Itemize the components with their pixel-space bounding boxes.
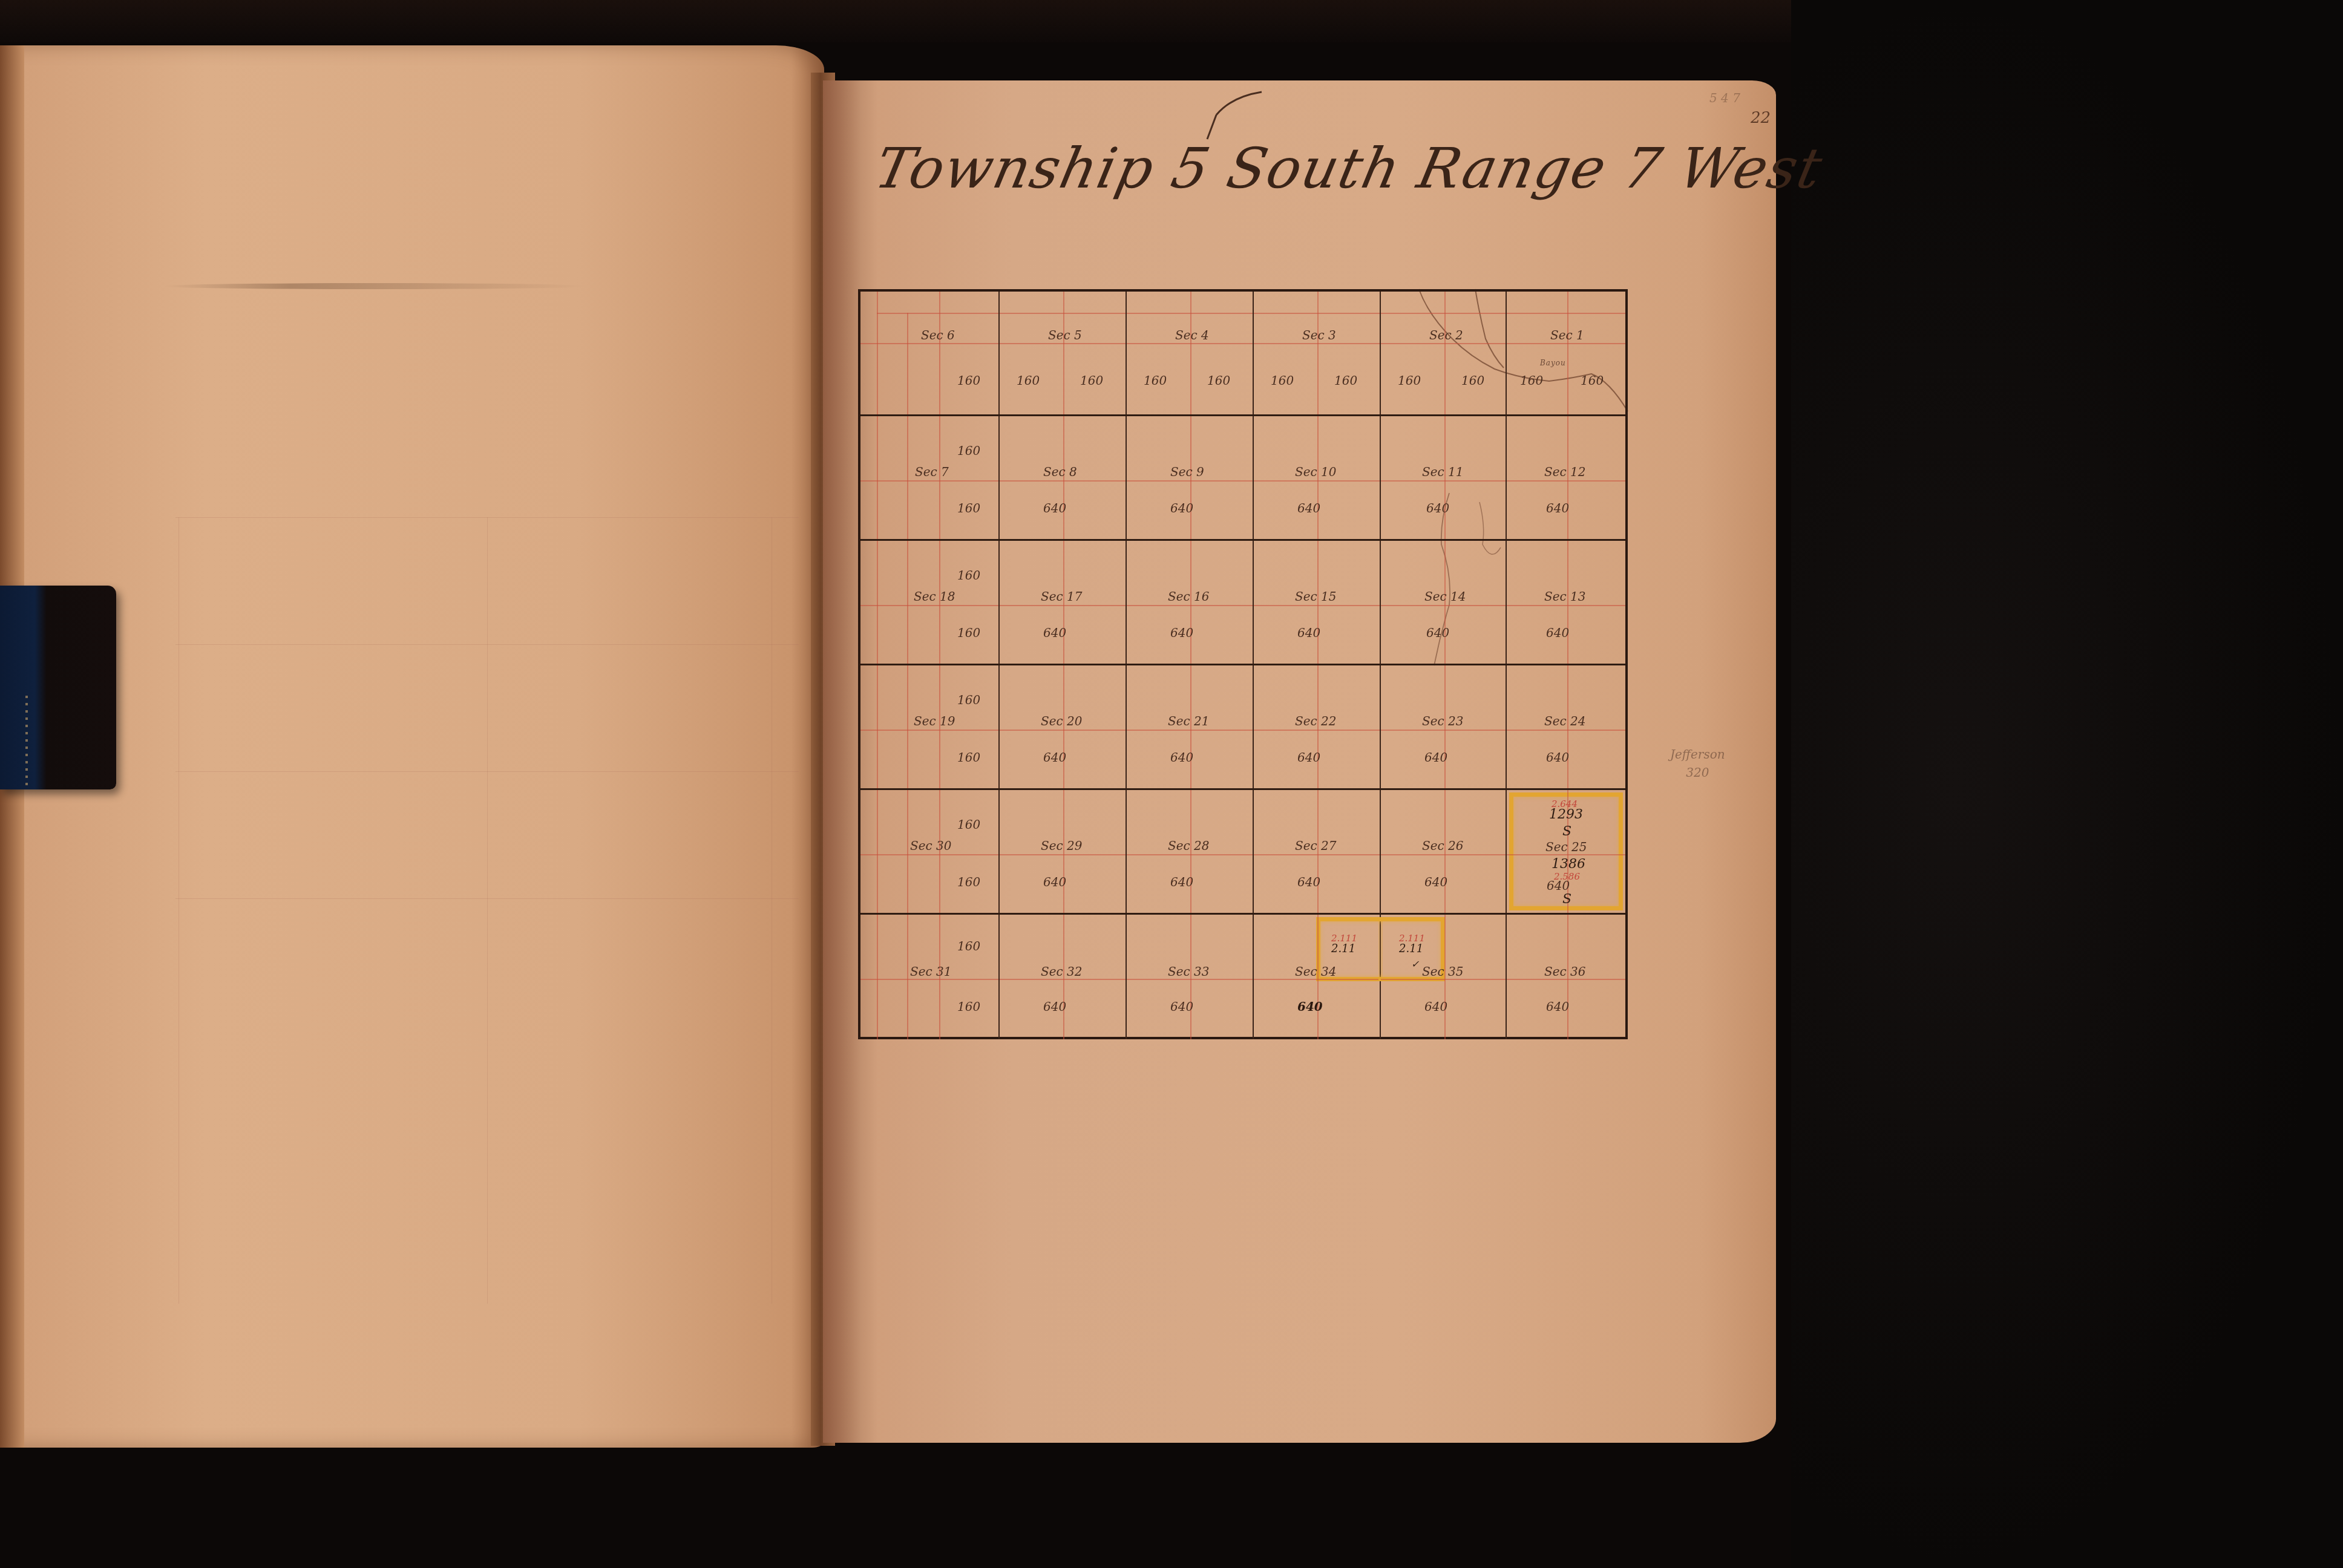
section-cell-24[interactable]: Sec 24 640	[1507, 665, 1625, 788]
acreage: 160	[957, 443, 980, 458]
acreage: 640	[1297, 875, 1320, 889]
acreage: 160	[1017, 373, 1040, 388]
quarter-ruling	[1000, 313, 1126, 314]
fractional-ruling	[907, 416, 908, 539]
quarter-ruling	[1381, 313, 1506, 314]
left-page-blank	[0, 45, 824, 1448]
quarter-ruling	[1254, 480, 1380, 482]
section-cell-16[interactable]: Sec 16 640	[1127, 541, 1254, 664]
section-label: Sec 11	[1422, 465, 1464, 479]
section-label: Sec 12	[1544, 465, 1586, 479]
section-cell-18[interactable]: 160 Sec 18 160	[860, 541, 1000, 664]
section-label: Sec 35	[1422, 964, 1464, 979]
quarter-ruling	[1000, 605, 1126, 606]
section-label: Sec 2	[1429, 328, 1463, 342]
quarter-ruling	[1190, 292, 1191, 414]
section-cell-9[interactable]: Sec 9 640	[1127, 416, 1254, 539]
quarter-ruling	[1254, 854, 1380, 855]
section-label: Sec 26	[1422, 838, 1464, 853]
section-label: Sec 28	[1168, 838, 1210, 853]
quarter-ruling	[1317, 292, 1319, 414]
section-cell-6[interactable]: Sec 6 160	[860, 292, 1000, 414]
quarter-ruling	[1381, 343, 1506, 344]
quarter-ruling	[1381, 730, 1506, 731]
acreage: 160	[1334, 373, 1357, 388]
acreage: 160	[957, 693, 980, 707]
section-label: Sec 30	[910, 838, 952, 853]
acreage: 160	[957, 939, 980, 953]
section-label: Sec 32	[1041, 964, 1083, 979]
quarter-ruling	[1254, 730, 1380, 731]
acreage: 160	[957, 875, 980, 889]
quarter-ruling	[939, 292, 940, 414]
section-cell-8[interactable]: Sec 8 640	[1000, 416, 1127, 539]
acreage: 640	[1170, 501, 1193, 515]
section-cell-30[interactable]: 160 Sec 30 160	[860, 790, 1000, 913]
section-label: Sec 33	[1168, 964, 1210, 979]
quarter-ruling	[1507, 343, 1625, 344]
grid-row-6: 160 Sec 31 160 Sec 32 640 Sec 33 640 2.1…	[860, 915, 1625, 1039]
section-label: Sec 19	[914, 714, 955, 728]
section-label: Sec 9	[1170, 465, 1204, 479]
section-label: Sec 16	[1168, 589, 1210, 604]
acreage: 160	[1581, 373, 1604, 388]
ink-annotation: 2.11	[1331, 942, 1355, 955]
acreage: 640	[1547, 878, 1570, 893]
section-cell-15[interactable]: Sec 15 640	[1254, 541, 1381, 664]
section-label: Sec 3	[1302, 328, 1336, 342]
acreage: 640	[1297, 999, 1323, 1014]
quarter-ruling	[1000, 854, 1126, 855]
fractional-ruling	[877, 416, 878, 539]
grid-row-1: Sec 6 160 Sec 5 160 160 Sec 4 160 160 Se…	[860, 292, 1625, 416]
left-page-faint-ruling	[772, 517, 772, 1304]
section-label: Sec 6	[921, 328, 955, 342]
quarter-ruling	[860, 480, 998, 482]
acreage: 640	[1043, 501, 1066, 515]
grid-row-4: 160 Sec 19 160 Sec 20 640 Sec 21 640 Sec…	[860, 665, 1625, 790]
ink-annotation: 1293	[1549, 807, 1583, 822]
fractional-ruling	[877, 790, 878, 913]
quarter-ruling	[860, 605, 998, 606]
section-cell-11[interactable]: Sec 11 640	[1381, 416, 1507, 539]
acreage: 640	[1043, 999, 1066, 1014]
acreage: 640	[1546, 501, 1569, 515]
ink-annotation: 1386	[1552, 857, 1585, 872]
section-cell-28[interactable]: Sec 28 640	[1127, 790, 1254, 913]
acreage: 640	[1546, 750, 1569, 765]
section-cell-19[interactable]: 160 Sec 19 160	[860, 665, 1000, 788]
section-label: Sec 10	[1295, 465, 1337, 479]
section-cell-22[interactable]: Sec 22 640	[1254, 665, 1381, 788]
quarter-ruling	[1507, 480, 1625, 482]
section-cell-3[interactable]: Sec 3 160 160	[1254, 292, 1381, 414]
left-page-smudge	[163, 283, 587, 289]
acreage: 640	[1297, 750, 1320, 765]
section-cell-25[interactable]: 2.644 1293 S Sec 25 1386 2.586 640 S	[1507, 790, 1625, 913]
section-label: Sec 4	[1175, 328, 1209, 342]
section-label: Sec 22	[1295, 714, 1337, 728]
section-label: Sec 36	[1544, 964, 1586, 979]
quarter-ruling	[1381, 605, 1506, 606]
section-label: Sec 5	[1048, 328, 1082, 342]
section-cell-23[interactable]: Sec 23 640	[1381, 665, 1507, 788]
quarter-ruling	[1381, 854, 1506, 855]
quarter-ruling	[1507, 979, 1625, 980]
acreage: 160	[1271, 373, 1294, 388]
quarter-ruling	[1381, 480, 1506, 482]
section-cell-13[interactable]: Sec 13 640	[1507, 541, 1625, 664]
fractional-ruling	[877, 915, 878, 1039]
fractional-ruling	[907, 665, 908, 788]
acreage: 160	[1461, 373, 1484, 388]
fractional-ruling	[877, 292, 878, 414]
section-cell-14[interactable]: Sec 14 640	[1381, 541, 1507, 664]
section-cell-1[interactable]: Sec 1 160 160	[1507, 292, 1625, 414]
acreage: 640	[1170, 999, 1193, 1014]
margin-note-line-1: Jefferson	[1670, 745, 1725, 763]
section-cell-12[interactable]: Sec 12 640	[1507, 416, 1625, 539]
section-label: Sec 17	[1041, 589, 1083, 604]
check-mark-icon: ✓	[1411, 958, 1419, 970]
section-cell-10[interactable]: Sec 10 640	[1254, 416, 1381, 539]
quarter-ruling	[1127, 343, 1253, 344]
quarter-ruling	[1507, 730, 1625, 731]
page-number: 22	[1751, 109, 1771, 127]
section-label: Sec 8	[1043, 465, 1077, 479]
section-cell-2[interactable]: Sec 2 160 160	[1381, 292, 1507, 414]
acreage: 640	[1170, 875, 1193, 889]
quarter-ruling	[1381, 979, 1506, 980]
acreage: 160	[1144, 373, 1167, 388]
quarter-ruling	[1507, 605, 1625, 606]
left-page-faint-ruling	[487, 517, 488, 1304]
section-label: Sec 1	[1550, 328, 1584, 342]
quarter-ruling	[860, 854, 998, 855]
quarter-ruling	[1254, 313, 1380, 314]
pencil-margin-note: Jefferson 320	[1670, 745, 1725, 782]
grid-row-2: 160 Sec 7 160 Sec 8 640 Sec 9 640 Sec 10…	[860, 416, 1625, 541]
acreage: 640	[1546, 999, 1569, 1014]
grid-row-3: 160 Sec 18 160 Sec 17 640 Sec 16 640 Sec…	[860, 541, 1625, 665]
fractional-ruling	[907, 541, 908, 664]
section-label: Sec 7	[915, 465, 949, 479]
section-cell-27[interactable]: Sec 27 640	[1254, 790, 1381, 913]
fractional-ruling	[877, 541, 878, 664]
fractional-ruling	[877, 665, 878, 788]
acreage: 640	[1426, 501, 1449, 515]
section-label: Sec 15	[1295, 589, 1337, 604]
acreage: 160	[957, 999, 980, 1014]
fractional-ruling	[907, 313, 908, 414]
quarter-ruling	[1254, 343, 1380, 344]
acreage: 160	[957, 626, 980, 640]
left-page-faint-ruling	[179, 517, 179, 1304]
acreage: 640	[1424, 875, 1447, 889]
section-cell-31[interactable]: 160 Sec 31 160	[860, 915, 1000, 1039]
fractional-ruling	[877, 313, 998, 314]
acreage: 160	[1207, 373, 1230, 388]
ink-annotation: S	[1562, 824, 1571, 839]
quarter-ruling	[1000, 480, 1126, 482]
ink-annotation: 2.11	[1399, 942, 1423, 955]
section-cell-29[interactable]: Sec 29 640	[1000, 790, 1127, 913]
section-cell-20[interactable]: Sec 20 640	[1000, 665, 1127, 788]
quarter-ruling	[1567, 292, 1568, 414]
quarter-ruling	[1127, 979, 1253, 980]
acreage: 640	[1426, 626, 1449, 640]
acreage: 640	[1043, 750, 1066, 765]
quarter-ruling	[860, 343, 998, 344]
acreage: 640	[1424, 999, 1447, 1014]
quarter-ruling	[1254, 979, 1380, 980]
pencil-page-note: 5 4 7	[1709, 91, 1740, 105]
quarter-ruling	[1254, 605, 1380, 606]
acreage: 160	[957, 750, 980, 765]
section-cell-26[interactable]: Sec 26 640	[1381, 790, 1507, 913]
margin-note-line-2: 320	[1670, 763, 1725, 782]
quarter-ruling	[1507, 854, 1625, 855]
quarter-ruling	[1000, 343, 1126, 344]
quarter-ruling	[1127, 480, 1253, 482]
acreage: 640	[1170, 626, 1193, 640]
quarter-ruling	[1444, 292, 1446, 414]
page-title: Township 5 South Range 7 West	[865, 136, 1634, 221]
quarter-ruling	[1000, 730, 1126, 731]
section-label: Sec 34	[1295, 964, 1337, 979]
section-cell-35[interactable]: 2.111 2.11 ✓ Sec 35 640	[1381, 915, 1507, 1039]
acreage: 640	[1424, 750, 1447, 765]
fractional-ruling	[907, 790, 908, 913]
section-label: Sec 21	[1168, 714, 1210, 728]
dark-background-right	[1791, 0, 2343, 1568]
acreage: 640	[1043, 875, 1066, 889]
section-label: Sec 20	[1041, 714, 1083, 728]
fractional-ruling	[907, 915, 908, 1039]
section-label: Sec 27	[1295, 838, 1337, 853]
section-cell-34[interactable]: 2.111 2.11 Sec 34 640	[1254, 915, 1381, 1039]
cloth-page-tab	[0, 586, 116, 789]
township-grid: Sec 6 160 Sec 5 160 160 Sec 4 160 160 Se…	[858, 289, 1628, 1039]
section-label: Sec 24	[1544, 714, 1586, 728]
quarter-ruling	[860, 730, 998, 731]
section-label: Sec 25	[1545, 840, 1587, 854]
acreage: 160	[957, 568, 980, 583]
acreage: 160	[1080, 373, 1103, 388]
acreage: 160	[1520, 373, 1543, 388]
quarter-ruling	[1127, 605, 1253, 606]
acreage: 640	[1043, 626, 1066, 640]
quarter-ruling	[1000, 979, 1126, 980]
tab-stitching	[25, 696, 28, 786]
quarter-ruling	[860, 979, 998, 980]
section-label: Sec 23	[1422, 714, 1464, 728]
grid-row-5: 160 Sec 30 160 Sec 29 640 Sec 28 640 Sec…	[860, 790, 1625, 915]
quarter-ruling	[1127, 730, 1253, 731]
acreage: 160	[957, 817, 980, 832]
section-label: Sec 29	[1041, 838, 1083, 853]
section-cell-32[interactable]: Sec 32 640	[1000, 915, 1127, 1039]
acreage: 640	[1546, 626, 1569, 640]
acreage: 640	[1297, 501, 1320, 515]
acreage: 160	[957, 373, 980, 388]
quarter-ruling	[1127, 854, 1253, 855]
section-label: Sec 13	[1544, 589, 1586, 604]
acreage: 640	[1297, 626, 1320, 640]
section-label: Sec 18	[914, 589, 955, 604]
quarter-ruling	[1127, 313, 1253, 314]
section-cell-7[interactable]: 160 Sec 7 160	[860, 416, 1000, 539]
ink-annotation: S	[1562, 892, 1571, 907]
section-label: Sec 31	[910, 964, 952, 979]
section-label: Sec 14	[1424, 589, 1466, 604]
section-cell-33[interactable]: Sec 33 640	[1127, 915, 1254, 1039]
quarter-ruling	[1507, 313, 1625, 314]
section-cell-21[interactable]: Sec 21 640	[1127, 665, 1254, 788]
section-cell-17[interactable]: Sec 17 640	[1000, 541, 1127, 664]
section-cell-36[interactable]: Sec 36 640	[1507, 915, 1625, 1039]
acreage: 640	[1170, 750, 1193, 765]
acreage: 160	[1398, 373, 1421, 388]
quarter-ruling	[1063, 292, 1064, 414]
section-cell-5[interactable]: Sec 5 160 160	[1000, 292, 1127, 414]
acreage: 160	[957, 501, 980, 515]
section-cell-4[interactable]: Sec 4 160 160	[1127, 292, 1254, 414]
